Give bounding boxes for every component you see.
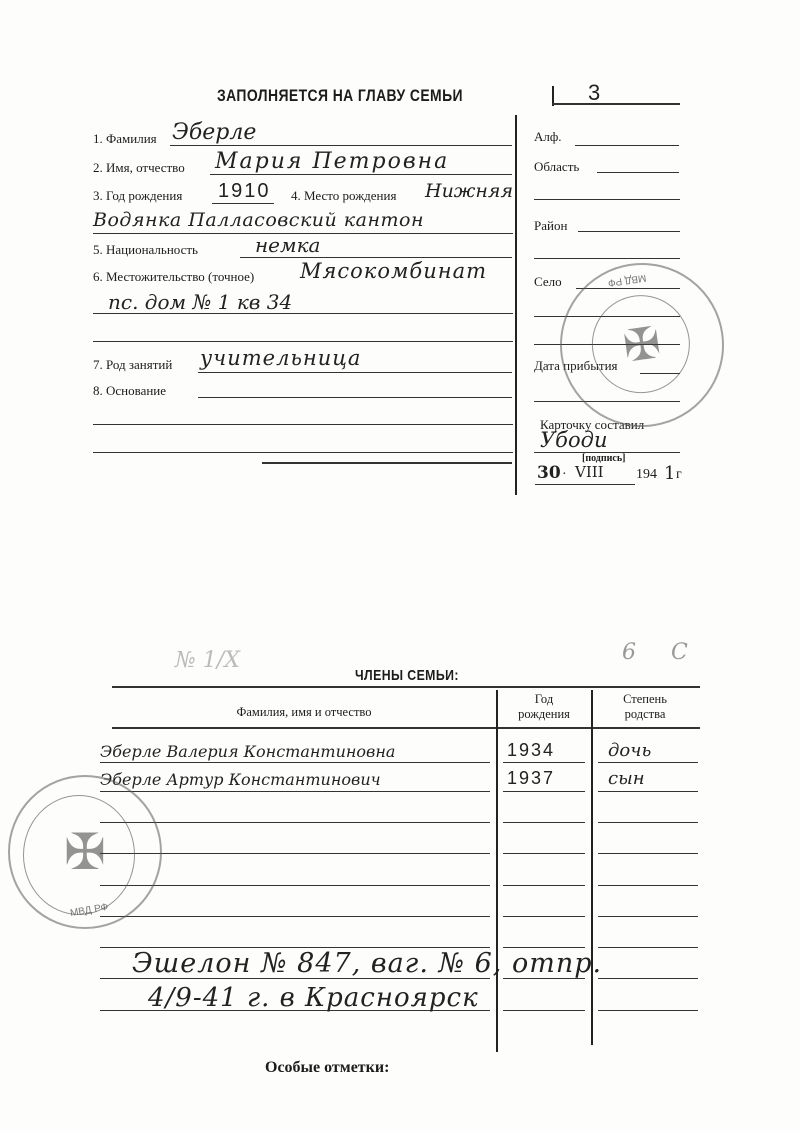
- basis-line-3: [93, 452, 513, 453]
- table-rule: [503, 791, 585, 792]
- table-top-border: [112, 686, 700, 688]
- nationality-label: 5. Национальность: [93, 242, 198, 258]
- table-rule: [598, 978, 698, 979]
- col-header-relation-line2: родства: [592, 707, 698, 722]
- residence-value-cont: пс. дом № 1 кв 34: [108, 290, 292, 314]
- district-label: Район: [534, 218, 567, 234]
- col-header-year-line2: рождения: [497, 707, 591, 722]
- col-divider-1: [496, 690, 498, 1052]
- table-rule: [598, 916, 698, 917]
- name-label: 2. Имя, отчество: [93, 160, 185, 176]
- table-rule: [503, 853, 585, 854]
- date-year-unit: г: [676, 467, 682, 483]
- surname-line: [170, 145, 512, 146]
- col-divider-2: [591, 690, 593, 1045]
- special-marks-label: Особые отметки:: [265, 1059, 389, 1077]
- region-label: Область: [534, 159, 579, 175]
- birth-year-line: [212, 203, 274, 204]
- col-header-relation: Степень родства: [592, 692, 698, 722]
- residence-value: Мясокомбинат: [300, 259, 487, 283]
- date-month: VIII: [575, 463, 604, 481]
- occupation-value: учительница: [200, 346, 361, 370]
- table-rule: [503, 916, 585, 917]
- table-rule: [598, 762, 698, 763]
- card-number: 3: [588, 80, 600, 106]
- surname-value: Эберле: [172, 120, 256, 145]
- table-rule: [503, 885, 585, 886]
- residence-line-1: [93, 313, 513, 314]
- margin-scribble-left: № 1/X: [175, 648, 240, 673]
- col-header-year: Год рождения: [497, 692, 591, 722]
- occupation-line: [198, 372, 512, 373]
- margin-scribble-right: 6 С: [622, 640, 702, 665]
- col-header-year-line1: Год: [497, 692, 591, 707]
- member-relation: сын: [608, 768, 645, 789]
- alf-line: [575, 145, 679, 146]
- birth-year-value: 1910: [218, 180, 271, 203]
- member-relation: дочь: [608, 740, 651, 761]
- district-line-2: [534, 258, 680, 259]
- village-label: Село: [534, 274, 562, 290]
- family-members-title: ЧЛЕНЫ СЕМЬИ:: [355, 667, 459, 684]
- surname-label: 1. Фамилия: [93, 131, 157, 147]
- col-header-relation-line1: Степень: [592, 692, 698, 707]
- member-year: 1937: [507, 768, 555, 789]
- table-rule: [100, 762, 490, 763]
- residence-line-2: [93, 341, 513, 342]
- date-dot: ·: [562, 467, 567, 483]
- transport-note-line-1: Эшелон № 847, ваг. № 6, отпр.: [132, 948, 602, 979]
- col-header-name: Фамилия, имя и отчество: [112, 705, 496, 720]
- date-year-prefix: 194: [636, 467, 657, 483]
- date-year-suffix: 1: [664, 463, 675, 484]
- member-name: Эберле Валерия Константиновна: [100, 742, 395, 761]
- stamp-text-top: МВД РФ: [607, 272, 647, 288]
- date-line: [535, 484, 635, 485]
- table-rule: [598, 791, 698, 792]
- table-header-border: [112, 727, 700, 729]
- table-rule: [598, 822, 698, 823]
- table-rule: [598, 853, 698, 854]
- table-rule: [503, 762, 585, 763]
- residence-label: 6. Местожительство (точное): [93, 269, 254, 285]
- birth-year-label: 3. Год рождения: [93, 188, 182, 204]
- birth-place-label: 4. Место рождения: [291, 188, 396, 204]
- basis-line-4: [262, 462, 512, 464]
- table-rule: [598, 947, 698, 948]
- table-rule: [100, 916, 490, 917]
- table-rule: [100, 885, 490, 886]
- name-value: Мария Петровна: [215, 149, 449, 174]
- official-stamp-bottom: ✠ МВД РФ: [8, 775, 162, 929]
- member-name: Эберле Артур Константинович: [100, 770, 381, 789]
- date-day: 30: [537, 463, 561, 483]
- table-rule: [503, 822, 585, 823]
- nationality-line: [240, 257, 512, 258]
- basis-label: 8. Основание: [93, 383, 166, 399]
- member-year: 1934: [507, 740, 555, 761]
- birth-place-value-cont: Водянка Палласовский кантон: [93, 209, 424, 231]
- name-line: [210, 174, 512, 175]
- district-line: [578, 231, 680, 232]
- card-number-line: [552, 103, 680, 105]
- region-line: [597, 172, 679, 173]
- table-rule: [100, 791, 490, 792]
- table-rule: [503, 1010, 585, 1011]
- card-divider: [515, 115, 517, 495]
- double-headed-eagle-icon: ✠: [64, 823, 106, 881]
- alf-label: Алф.: [534, 129, 562, 145]
- official-stamp-top: ✠ МВД РФ: [549, 252, 734, 437]
- nationality-value: немка: [255, 233, 320, 257]
- basis-line-2: [93, 424, 513, 425]
- transport-note-line-2: 4/9-41 г. в Красноярск: [148, 983, 479, 1013]
- compiler-signature: Убоди: [540, 428, 607, 452]
- table-rule: [100, 822, 490, 823]
- card-title: ЗАПОЛНЯЕТСЯ НА ГЛАВУ СЕМЬИ: [217, 86, 463, 106]
- birth-place-value: Нижняя: [425, 180, 513, 202]
- occupation-label: 7. Род занятий: [93, 357, 172, 373]
- table-rule: [598, 1010, 698, 1011]
- region-line-2: [534, 199, 680, 200]
- basis-line-1: [198, 397, 512, 398]
- double-headed-eagle-icon: ✠: [620, 317, 664, 373]
- table-rule: [598, 885, 698, 886]
